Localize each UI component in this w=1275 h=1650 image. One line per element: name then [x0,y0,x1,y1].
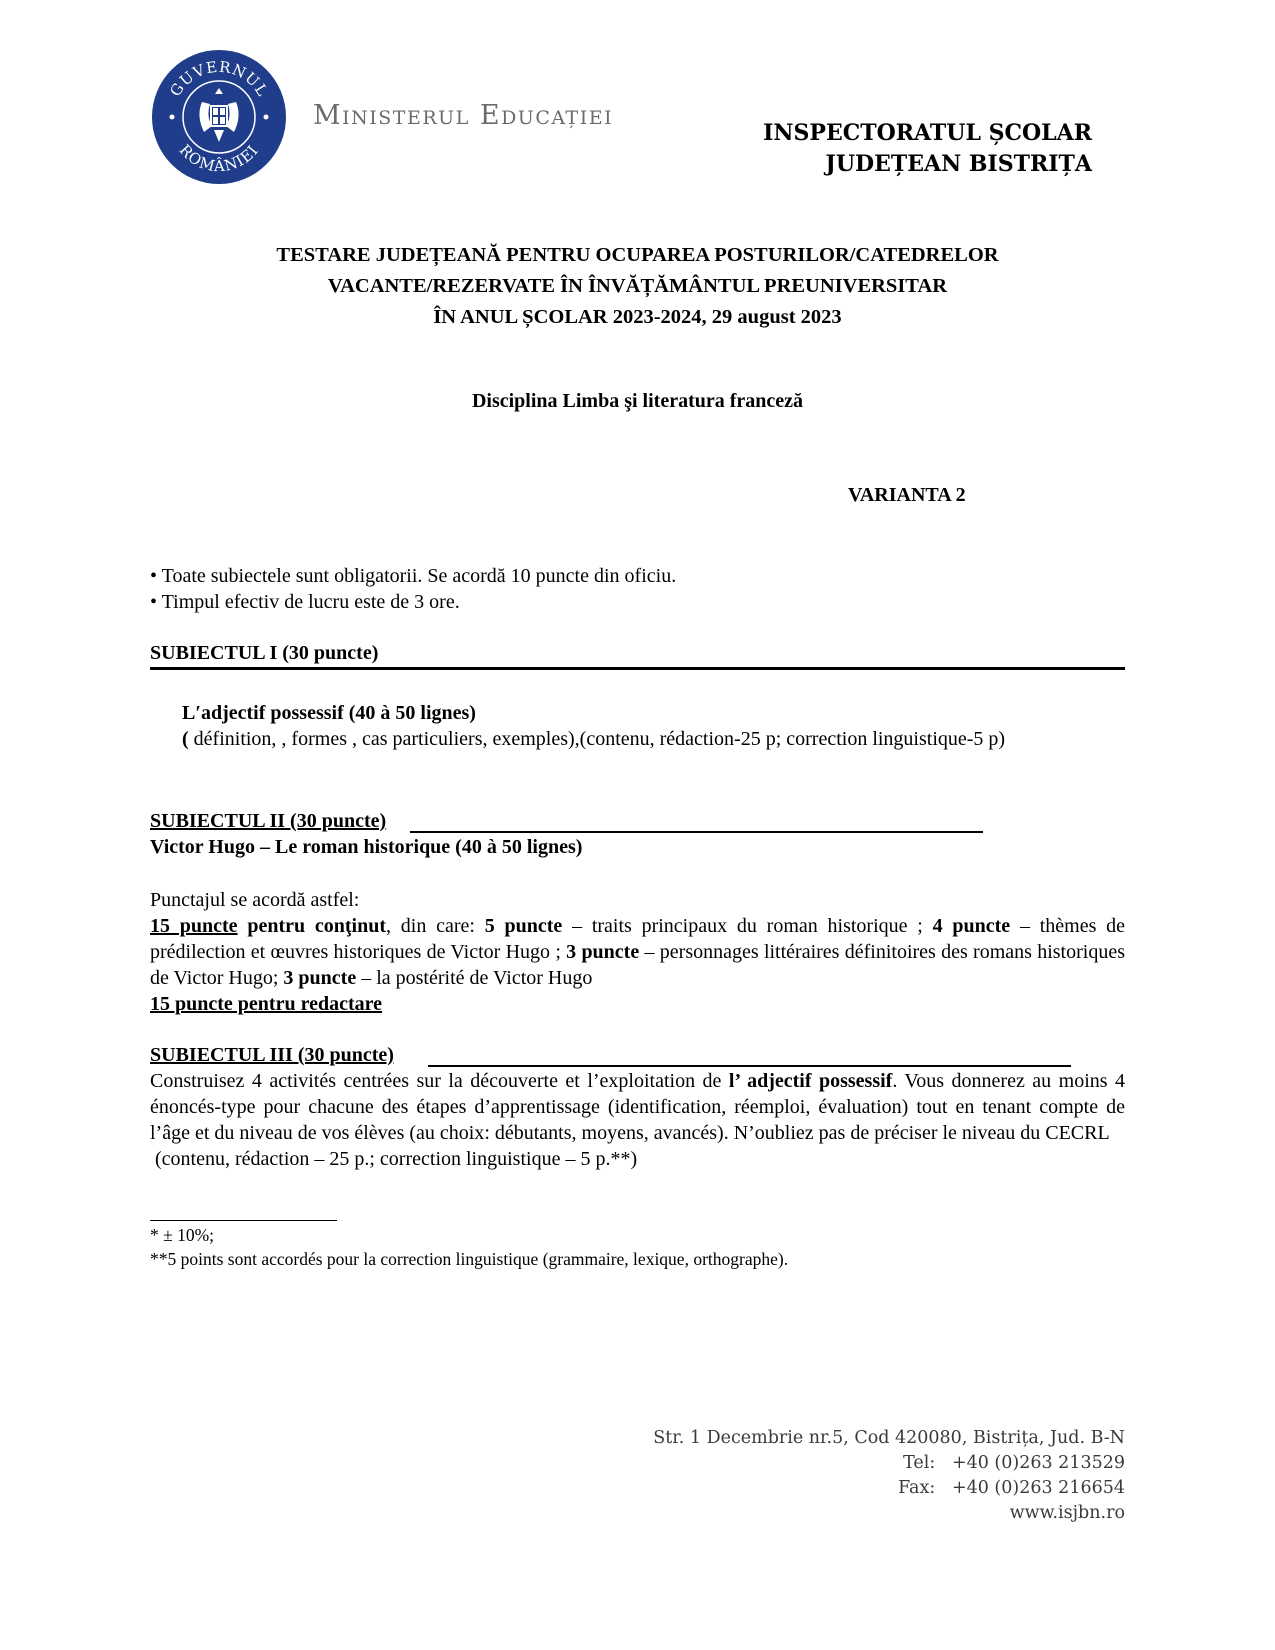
subject-1-details: ( définition, , formes , cas particulier… [182,726,1112,752]
subject-3-scoring: (contenu, rédaction – 25 p.; correction … [150,1146,1125,1172]
inspectorate-line-1: INSPECTORATUL ȘCOLAR [763,118,1092,149]
footnote-2: **5 points sont accordés pour la correct… [150,1247,788,1271]
title-line-3: ÎN ANUL ȘCOLAR 2023-2024, 29 august 2023 [0,302,1275,333]
subject-3-rule [428,1065,1071,1067]
footnote-separator [150,1220,337,1221]
subject-2-rule [410,831,983,833]
subject-2-scoring: Punctajul se acordă astfel: 15 puncte pe… [150,887,1125,1017]
title-line-2: VACANTE/REZERVATE ÎN ÎNVĂȚĂMÂNTUL PREUNI… [0,271,1275,302]
subject-1-rule [150,667,1125,670]
ministry-name: Ministerul Educației [313,100,613,131]
footer-website[interactable]: www.isjbn.ro [653,1501,1125,1526]
guvernul-romaniei-emblem-icon: GUVERNUL ROMÂNIEI [152,50,286,184]
subject-3-task: Construisez 4 activités centrées sur la … [150,1068,1125,1146]
inspectorate-line-2: JUDEȚEAN BISTRIȚA [763,149,1092,180]
scoring-intro: Punctajul se acordă astfel: [150,887,1125,913]
footnote-1: * ± 10%; [150,1223,214,1247]
footer-tel: Tel: +40 (0)263 213529 [653,1451,1125,1476]
subject-1-body: L′adjectif possessif (40 à 50 lignes) ( … [182,700,1112,752]
contact-footer: Str. 1 Decembrie nr.5, Cod 420080, Bistr… [653,1426,1125,1526]
instruction-item: • Toate subiectele sunt obligatorii. Se … [150,563,1125,589]
variant-label: VARIANTA 2 [848,484,966,507]
subject-1-topic: L′adjectif possessif (40 à 50 lignes) [182,700,1112,726]
subject-1-heading: SUBIECTUL I (30 puncte) [150,640,1125,666]
discipline: Disciplina Limba şi literatura franceză [0,390,1275,413]
subject-2-topic: Victor Hugo – Le roman historique (40 à … [150,834,1125,860]
instructions: • Toate subiectele sunt obligatorii. Se … [150,563,1125,615]
subject-3-body: Construisez 4 activités centrées sur la … [150,1068,1125,1172]
document-title: TESTARE JUDEȚEANĂ PENTRU OCUPAREA POSTUR… [0,240,1275,333]
footer-address: Str. 1 Decembrie nr.5, Cod 420080, Bistr… [653,1426,1125,1451]
instruction-item: • Timpul efectiv de lucru este de 3 ore. [150,589,1125,615]
writing-scoring: 15 puncte pentru redactare [150,991,1125,1017]
footer-fax: Fax: +40 (0)263 216654 [653,1476,1125,1501]
inspectorate-name: INSPECTORATUL ȘCOLAR JUDEȚEAN BISTRIȚA [763,118,1092,180]
title-line-1: TESTARE JUDEȚEANĂ PENTRU OCUPAREA POSTUR… [0,240,1275,271]
content-scoring: 15 puncte pentru conţinut, din care: 5 p… [150,913,1125,991]
